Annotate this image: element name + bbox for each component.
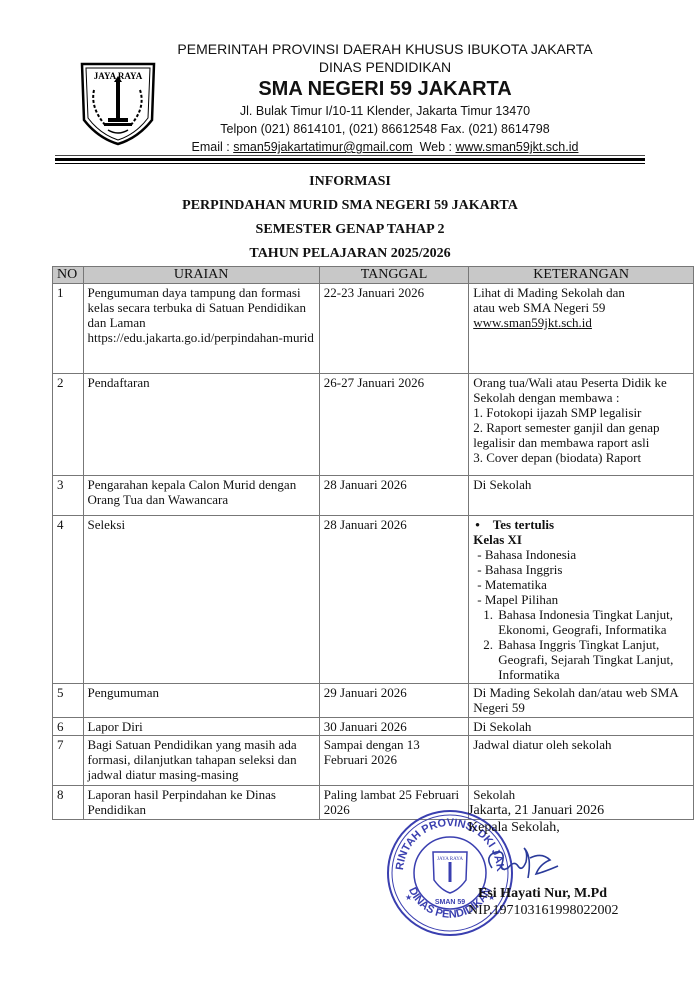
row-tanggal: 30 Januari 2026	[319, 718, 468, 736]
document-titles: INFORMASI PERPINDAHAN MURID SMA NEGERI 5…	[0, 170, 700, 266]
table-row: 5 Pengumuman 29 Januari 2026 Di Mading S…	[53, 684, 694, 718]
row-tanggal: 29 Januari 2026	[319, 684, 468, 718]
jaya-raya-emblem-icon: JAYA RAYA	[78, 60, 158, 146]
keterangan-line: atau web SMA Negeri 59	[473, 300, 689, 315]
contact-line: Email : sman59jakartatimur@gmail.com Web…	[150, 138, 620, 156]
row-tanggal: 26-27 Januari 2026	[319, 374, 468, 476]
col-header-tanggal: TANGGAL	[319, 267, 468, 284]
title-tahun: TAHUN PELAJARAN 2025/2026	[0, 242, 700, 266]
row-uraian: Pengumuman	[83, 684, 319, 718]
place-date: Jakarta, 21 Januari 2026	[468, 802, 604, 819]
requirement-item: 3. Cover depan (biodata) Raport	[473, 450, 689, 465]
col-header-keterangan: KETERANGAN	[469, 267, 694, 284]
table-row: 6 Lapor Diri 30 Januari 2026 Di Sekolah	[53, 718, 694, 736]
row-no: 2	[53, 374, 84, 476]
row-uraian: Seleksi	[83, 516, 319, 684]
website-link[interactable]: www.sman59jkt.sch.id	[473, 315, 689, 330]
test-type: • Tes tertulis	[473, 517, 689, 532]
web-label: Web :	[413, 140, 456, 154]
row-keterangan: Lihat di Mading Sekolah dan atau web SMA…	[469, 284, 694, 374]
col-header-uraian: URAIAN	[83, 267, 319, 284]
row-no: 6	[53, 718, 84, 736]
divider-thick	[55, 158, 645, 161]
table-row: 7 Bagi Satuan Pendidikan yang masih ada …	[53, 736, 694, 786]
row-uraian: Pengumuman daya tampung dan formasi kela…	[83, 284, 319, 374]
signature-block: Jakarta, 21 Januari 2026 Kepala Sekolah,	[468, 802, 604, 836]
elective-option: 1.Bahasa Indonesia Tingkat Lanjut, Ekono…	[473, 607, 689, 637]
row-uraian: Pendaftaran	[83, 374, 319, 476]
letterhead-text: PEMERINTAH PROVINSI DAERAH KHUSUS IBUKOT…	[150, 40, 620, 156]
divider-thin	[55, 163, 645, 164]
divider	[55, 155, 645, 156]
email-link[interactable]: sman59jakartatimur@gmail.com	[233, 140, 412, 154]
school-address: Jl. Bulak Timur I/10-11 Klender, Jakarta…	[150, 102, 620, 120]
svg-text:JAYA RAYA: JAYA RAYA	[437, 857, 463, 862]
row-no: 1	[53, 284, 84, 374]
row-keterangan: Di Sekolah	[469, 476, 694, 516]
row-no: 3	[53, 476, 84, 516]
title-semester: SEMESTER GENAP TAHAP 2	[0, 218, 700, 242]
row-keterangan: • Tes tertulis Kelas XI - Bahasa Indones…	[469, 516, 694, 684]
row-uraian: Pengarahan kepala Calon Murid dengan Ora…	[83, 476, 319, 516]
signer-role: Kepala Sekolah,	[468, 819, 604, 836]
title-informasi: INFORMASI	[0, 170, 700, 194]
schedule-table: NO URAIAN TANGGAL KETERANGAN 1 Pengumuma…	[52, 266, 694, 820]
keterangan-line: Lihat di Mading Sekolah dan	[473, 285, 689, 300]
bullet-icon: •	[475, 517, 493, 532]
svg-text:SMAN 59: SMAN 59	[435, 899, 465, 906]
table-row: 3 Pengarahan kepala Calon Murid dengan O…	[53, 476, 694, 516]
row-keterangan: Di Mading Sekolah dan/atau web SMA Neger…	[469, 684, 694, 718]
department-name: DINAS PENDIDIKAN	[150, 58, 620, 76]
class-label: Kelas XI	[473, 532, 689, 547]
col-header-no: NO	[53, 267, 84, 284]
row-keterangan: Jadwal diatur oleh sekolah	[469, 736, 694, 786]
row-tanggal: 28 Januari 2026	[319, 476, 468, 516]
school-name: SMA NEGERI 59 JAKARTA	[150, 76, 620, 102]
subject-item: - Matematika	[473, 577, 689, 592]
subject-item: - Mapel Pilihan	[473, 592, 689, 607]
row-tanggal: Sampai dengan 13 Februari 2026	[319, 736, 468, 786]
row-uraian: Lapor Diri	[83, 718, 319, 736]
signer-name: Esi Hayati Nur, M.Pd	[478, 886, 607, 902]
row-uraian: Bagi Satuan Pendidikan yang masih ada fo…	[83, 736, 319, 786]
table-row: 2 Pendaftaran 26-27 Januari 2026 Orang t…	[53, 374, 694, 476]
row-no: 5	[53, 684, 84, 718]
signer-nip: NIP.197103161998022002	[468, 903, 619, 919]
title-perpindahan: PERPINDAHAN MURID SMA NEGERI 59 JAKARTA	[0, 194, 700, 218]
row-uraian: Laporan hasil Perpindahan ke Dinas Pendi…	[83, 786, 319, 820]
requirement-item: 1. Fotokopi ijazah SMP legalisir	[473, 405, 689, 420]
table-header-row: NO URAIAN TANGGAL KETERANGAN	[53, 267, 694, 284]
table-row: 1 Pengumuman daya tampung dan formasi ke…	[53, 284, 694, 374]
row-tanggal: 22-23 Januari 2026	[319, 284, 468, 374]
keterangan-line: Orang tua/Wali atau Peserta Didik ke Sek…	[473, 375, 689, 405]
government-name: PEMERINTAH PROVINSI DAERAH KHUSUS IBUKOT…	[150, 40, 620, 58]
svg-text:★: ★	[405, 893, 412, 902]
handwritten-signature-icon	[478, 838, 568, 883]
subject-item: - Bahasa Indonesia	[473, 547, 689, 562]
requirement-item: 2. Raport semester ganjil dan genap lega…	[473, 420, 689, 450]
school-phone: Telpon (021) 8614101, (021) 86612548 Fax…	[150, 120, 620, 138]
letterhead: JAYA RAYA PEMERINTAH PROVINSI DAERAH KHU…	[0, 0, 700, 175]
row-keterangan: Di Sekolah	[469, 718, 694, 736]
row-no: 4	[53, 516, 84, 684]
row-no: 7	[53, 736, 84, 786]
email-label: Email :	[192, 140, 234, 154]
row-keterangan: Orang tua/Wali atau Peserta Didik ke Sek…	[469, 374, 694, 476]
row-no: 8	[53, 786, 84, 820]
web-link[interactable]: www.sman59jkt.sch.id	[455, 140, 578, 154]
elective-option: 2.Bahasa Inggris Tingkat Lanjut, Geograf…	[473, 637, 689, 682]
table-row: 4 Seleksi 28 Januari 2026 • Tes tertulis…	[53, 516, 694, 684]
subject-item: - Bahasa Inggris	[473, 562, 689, 577]
row-tanggal: 28 Januari 2026	[319, 516, 468, 684]
